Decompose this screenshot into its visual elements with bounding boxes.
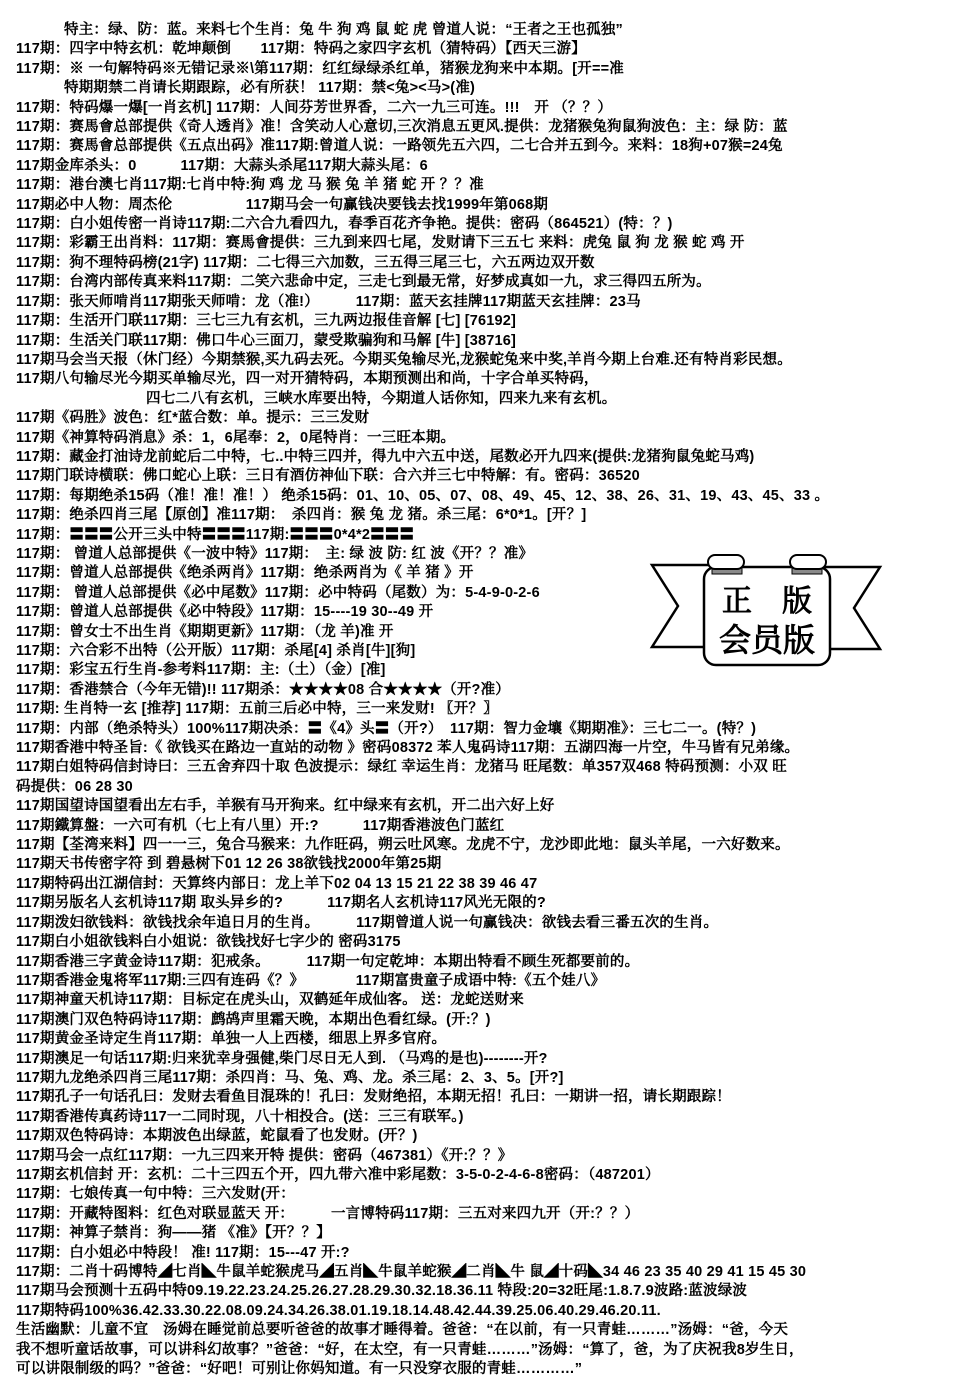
text-line: 117期：白小姐必中特段！ 准! 117期：15---47 开:? [16,1244,956,1263]
text-line: 117期八句输尽光今期买单输尽光，四一对开猜特码，本期预测出和尚，十字合单买特码… [16,370,956,389]
text-line: 117期：七娘传真一句中特：三六发财(开： [16,1185,956,1204]
text-line: 117期天书传密字符 到 碧悬树下01 12 26 38欲钱找2000年第25期 [16,855,956,874]
text-line: 117期特码出江湖信封：天算终内部日：龙上羊下02 04 13 15 21 22… [16,875,956,894]
text-line: 117期：二肖十码博特◢七肖◣牛鼠羊蛇猴虎马◢五肖◣牛鼠羊蛇猴◢二肖◣牛 鼠◢十… [16,1263,956,1282]
text-line: 117期金库杀头：0 117期：大蒜头杀尾117期大蒜头尾：6 [16,157,956,176]
text-line: 117期马会当天报（休门经）今期禁猴,买九码去死。今期买兔输尽光,龙猴蛇兔来中奖… [16,351,956,370]
text-line: 117期：台湾内部传真来料117期：二笑六悲命中定，三走七到最无常，好梦成真如一… [16,273,956,292]
text-line: 117期九龙绝杀四肖三尾117期：杀四肖：马、兔、鸡、龙。杀三尾：2、3、5。[… [16,1069,956,1088]
text-line: 117期：白小姐传密一肖诗117期:二六合九看四九，春季百花齐争艳。提供：密码（… [16,215,956,234]
text-line: 117期：特码爆一爆[一肖玄机] 117期：人间芬芳世界香，二六一九三可连。!!… [16,99,956,118]
text-line: 117期白姐特码信封诗曰：三五舍弃四十取 色波提示：绿红 幸运生肖：龙猪马 旺尾… [16,758,956,777]
text-line: 117期泼妇欲钱料：欲钱找余年追日月的生肖。 117期曾道人说一句赢钱决：欲钱去… [16,914,956,933]
text-line: 117期澳门双色特码诗117期：鹧鸪声里霜天晚，本期出色看红绿。(开:？) [16,1011,956,1030]
text-line: 117期：内部（绝杀特头）100%117期决杀：〓《4》头〓（开?） 117期：… [16,720,956,739]
tip-sheet: 特主：绿、防：蓝。来料七个生肖：兔 牛 狗 鸡 鼠 蛇 虎 曾道人说：“王者之王… [0,0,956,1388]
ribbon-text-line1: 正 版 [722,585,812,618]
text-line: 117期：赛馬會总部提供《奇人透肖》准！含笑动人心意切,三次消息五更风.提供：龙… [16,118,956,137]
text-line: 117期：赛馬會总部提供《五点出码》准117期:曾道人说：一路领先五六四，二七合… [16,137,956,156]
text-line: 117期：生活关门联117期：佛口牛心三面刀，蒙受欺骗狗和马解 [牛] [387… [16,332,956,351]
text-line: 117期：香港禁合（今年无错)!! 117期杀：★★★★08 合★★★★（开?准… [16,681,956,700]
text-line: 117期黄金圣诗定生肖117期：单独一人上西楼，细思上界多官府。 [16,1030,956,1049]
text-line: 117期另版名人玄机诗117期 取头异乡的? 117期名人玄机诗117风光无限的… [16,894,956,913]
text-line: 117期白小姐欲钱料白小姐说：欲钱找好七字少的 密码3175 [16,933,956,952]
ribbon-text-line2: 会员版 [719,622,815,658]
text-line: 117期香港传真药诗117一二同时现，八十相投合。(送：三三有联军。) [16,1108,956,1127]
text-line: 我不想听童话故事，可以讲科幻故事？”爸爸：“好，在太空，有一只青蛙………”汤姆：… [16,1341,956,1360]
text-line: 117期：港台澳七肖117期:七肖中特:狗 鸡 龙 马 猴 兔 羊 猪 蛇 开 … [16,176,956,195]
text-line: 117期香港中特圣旨:《 欲钱买在路边一直站的动物 》密码08372 苯人鬼码诗… [16,739,956,758]
text-line: 117期香港三字黄金诗117期：犯戒条。 117期一句定乾坤：本期出特看不顾生死… [16,953,956,972]
text-line: 117期神童天机诗117期：目标定在虎头山，双鹤延年成仙客。 送：龙蛇送财来 [16,991,956,1010]
text-line: 117期必中人物：周杰伦 117期马会一句赢钱决要钱去找1999年第068期 [16,196,956,215]
text-line: 117期马会一点红117期：一九三四来开特 提供：密码（467381）《开:？？… [16,1147,956,1166]
text-line: 生活幽默：儿童不宜 汤姆在睡觉前总要听爸爸的故事才睡得着。爸爸：“在以前，有一只… [16,1321,956,1340]
text-line: 117期【荃湾来料】四一一三，兔合马猴来：九作旺码，朔云吐风寒。龙虎不宁，龙沙即… [16,836,956,855]
text-line: 117期：每期绝杀15码（准！准！准！） 绝杀15码：01、10、05、07、0… [16,487,956,506]
ribbon-graphic: 正 版 会员版 [646,551,886,671]
text-line: 117期香港金鬼将军117期:三四有连码《？》 117期富贵童子成语中特:《五个… [16,972,956,991]
text-line: 117期国望诗国望看出左右手，羊猴有马开狗来。红中绿来有玄机，开二出六好上好 [16,797,956,816]
text-line: 117期: 生肖特一玄 [推荐] 117期：五前三后必中特，三一来发财! 〖开？… [16,700,956,719]
text-line: 117期孔子一句话孔曰：发财去看鱼目混珠的！孔曰：发财绝招，本期无招！孔曰：一期… [16,1088,956,1107]
text-line: 特期期禁二肖请长期跟踪，必有所获！ 117期：禁<兔><马>(准) [16,79,956,98]
text-line: 117期鐵算盤：一六可有机（七上有八里）开:? 117期香港波色门蓝红 [16,817,956,836]
authentic-member-ribbon: 正 版 会员版 [646,551,886,671]
text-line: 117期玄机信封 开：玄机：二十三四五个开，四九带六准中彩尾数：3-5-0-2-… [16,1166,956,1185]
text-line: 特主：绿、防：蓝。来料七个生肖：兔 牛 狗 鸡 鼠 蛇 虎 曾道人说：“王者之王… [16,21,956,40]
text-line: 117期：藏金打油诗龙前蛇后二中特，七..中特三四并，得九中六五中送，尾数必开九… [16,448,956,467]
text-lines: 特主：绿、防：蓝。来料七个生肖：兔 牛 狗 鸡 鼠 蛇 虎 曾道人说：“王者之王… [0,0,956,1379]
ribbon-curl-right [790,555,826,569]
text-line: 117期：张天师啃肖117期张天师啃：龙（准!） 117期：蓝天玄挂牌117期蓝… [16,293,956,312]
text-line: 117期：〓〓〓公开三头中特〓〓〓117期:〓〓〓0*4*2〓〓〓 [16,526,956,545]
text-line: 117期：生活开门联117期：三七三九有玄机，三九两边报佳音解 [七] [761… [16,312,956,331]
text-line: 117期：※ 一句解特码※无错记录※\第117期：红红绿绿杀红单，猪猴龙狗来中本… [16,60,956,79]
text-line: 四七二八有玄机，三峡水库要出特，今期道人话你知，四来九来有玄机。 [16,390,956,409]
text-line: 117期《码胜》波色：红*蓝合数：单。提示：三三发财 [16,409,956,428]
text-line: 117期门联诗横联：佛口蛇心上联：三日有酒仿神仙下联：合六并三七中特解：有。密码… [16,467,956,486]
text-line: 117期特码100%36.42.33.30.22.08.09.24.34.26.… [16,1302,956,1321]
text-line: 可以讲限制级的吗？”爸爸：“好吧！可别让你妈知道。有一只没穿衣服的青蛙…………” [16,1360,956,1379]
text-line: 117期《神算特码消息》杀：1，6尾奉：2，0尾特肖：一三旺本期。 [16,429,956,448]
text-line: 117期马会预测十五码中特09.19.22.23.24.25.26.27.28.… [16,1282,956,1301]
text-line: 117期双色特码诗：本期波色出绿蓝，蛇鼠看了也发财。(开？) [16,1127,956,1146]
text-line: 117期：神算子禁肖：狗——猪 《准》【开？？】 [16,1224,956,1243]
text-line: 117期：开藏特图料：红色对联显蓝天 开： 一言博特码117期：三五对来四九开（… [16,1205,956,1224]
text-line: 117期：狗不理特码榜(21字) 117期：二七得三六加数，三五得三尾三七，六五… [16,254,956,273]
text-line: 117期：绝杀四肖三尾【原创】准117期： 杀四肖：猴 兔 龙 猪。杀三尾：6*… [16,506,956,525]
ribbon-curl-left [708,555,744,569]
text-line: 117期：彩霸王出肖料：117期：赛馬會提供：三九到来四七尾，发财请下三五七 来… [16,234,956,253]
text-line: 117期澳足一句话117期:归来犹幸身强健,柴门尽日无人到. （马鸡的是也)--… [16,1050,956,1069]
text-line: 码提供：06 28 30 [16,778,956,797]
text-line: 117期：四字中特玄机：乾坤颠倒 117期：特码之家四字玄机（猜特码）【西天三游… [16,40,956,59]
